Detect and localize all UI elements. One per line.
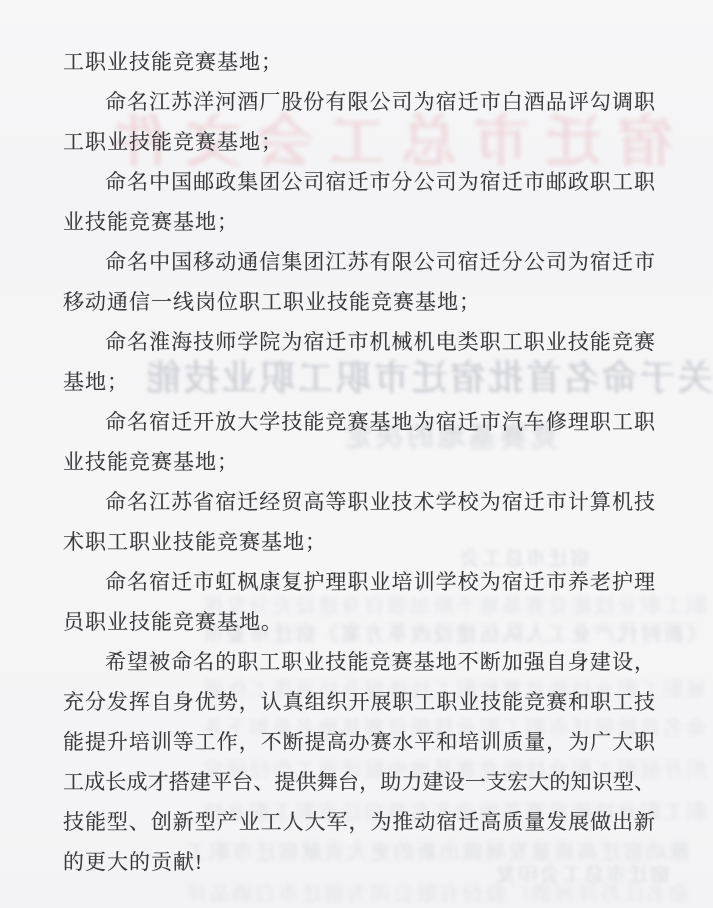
text-line: 移动通信一线岗位职工职业技能竞赛基地；	[63, 282, 655, 322]
text-line: 基地；	[63, 362, 655, 402]
text-line: 命名中国邮政集团公司宿迁市分公司为宿迁市邮政职工职	[63, 162, 655, 202]
text-line: 命名宿迁开放大学技能竞赛基地为宿迁市汽车修理职工职	[63, 402, 655, 442]
document-page: 宿迁市总工会文件 关于命名首批宿迁市职工职业技能 竞赛基地的决定 宿迁市总工会 …	[0, 0, 713, 908]
text-line: 命名江苏洋河酒厂股份有限公司为宿迁市白酒品评勾调职	[63, 82, 655, 122]
text-line: 工职业技能竞赛基地；	[63, 42, 655, 82]
text-line: 技能型、创新型产业工人大军，为推动宿迁高质量发展做出新	[63, 802, 655, 842]
text-line: 希望被命名的职工职业技能竞赛基地不断加强自身建设，	[63, 642, 655, 682]
text-line: 工成长成才搭建平台、提供舞台，助力建设一支宏大的知识型、	[63, 762, 655, 802]
text-line: 员职业技能竞赛基地。	[63, 602, 655, 642]
bleedthrough-text: 命名江苏洋河酒厂股份有限公司为宿迁市白酒品评	[80, 880, 690, 908]
text-line: 命名宿迁市虹枫康复护理职业培训学校为宿迁市养老护理	[63, 562, 655, 602]
text-line: 充分发挥自身优势，认真组织开展职工职业技能竞赛和职工技	[63, 682, 655, 722]
document-body: 工职业技能竞赛基地； 命名江苏洋河酒厂股份有限公司为宿迁市白酒品评勾调职 工职业…	[63, 42, 655, 882]
text-line: 命名江苏省宿迁经贸高等职业技术学校为宿迁市计算机技	[63, 482, 655, 522]
text-line: 命名中国移动通信集团江苏有限公司宿迁分公司为宿迁市	[63, 242, 655, 282]
text-line: 能提升培训等工作，不断提高办赛水平和培训质量，为广大职	[63, 722, 655, 762]
text-line: 工职业技能竞赛基地；	[63, 122, 655, 162]
text-line: 业技能竞赛基地；	[63, 202, 655, 242]
text-line: 的更大的贡献!	[63, 842, 655, 882]
text-line: 命名淮海技师学院为宿迁市机械机电类职工职业技能竞赛	[63, 322, 655, 362]
text-line: 业技能竞赛基地；	[63, 442, 655, 482]
text-line: 术职工职业技能竞赛基地；	[63, 522, 655, 562]
